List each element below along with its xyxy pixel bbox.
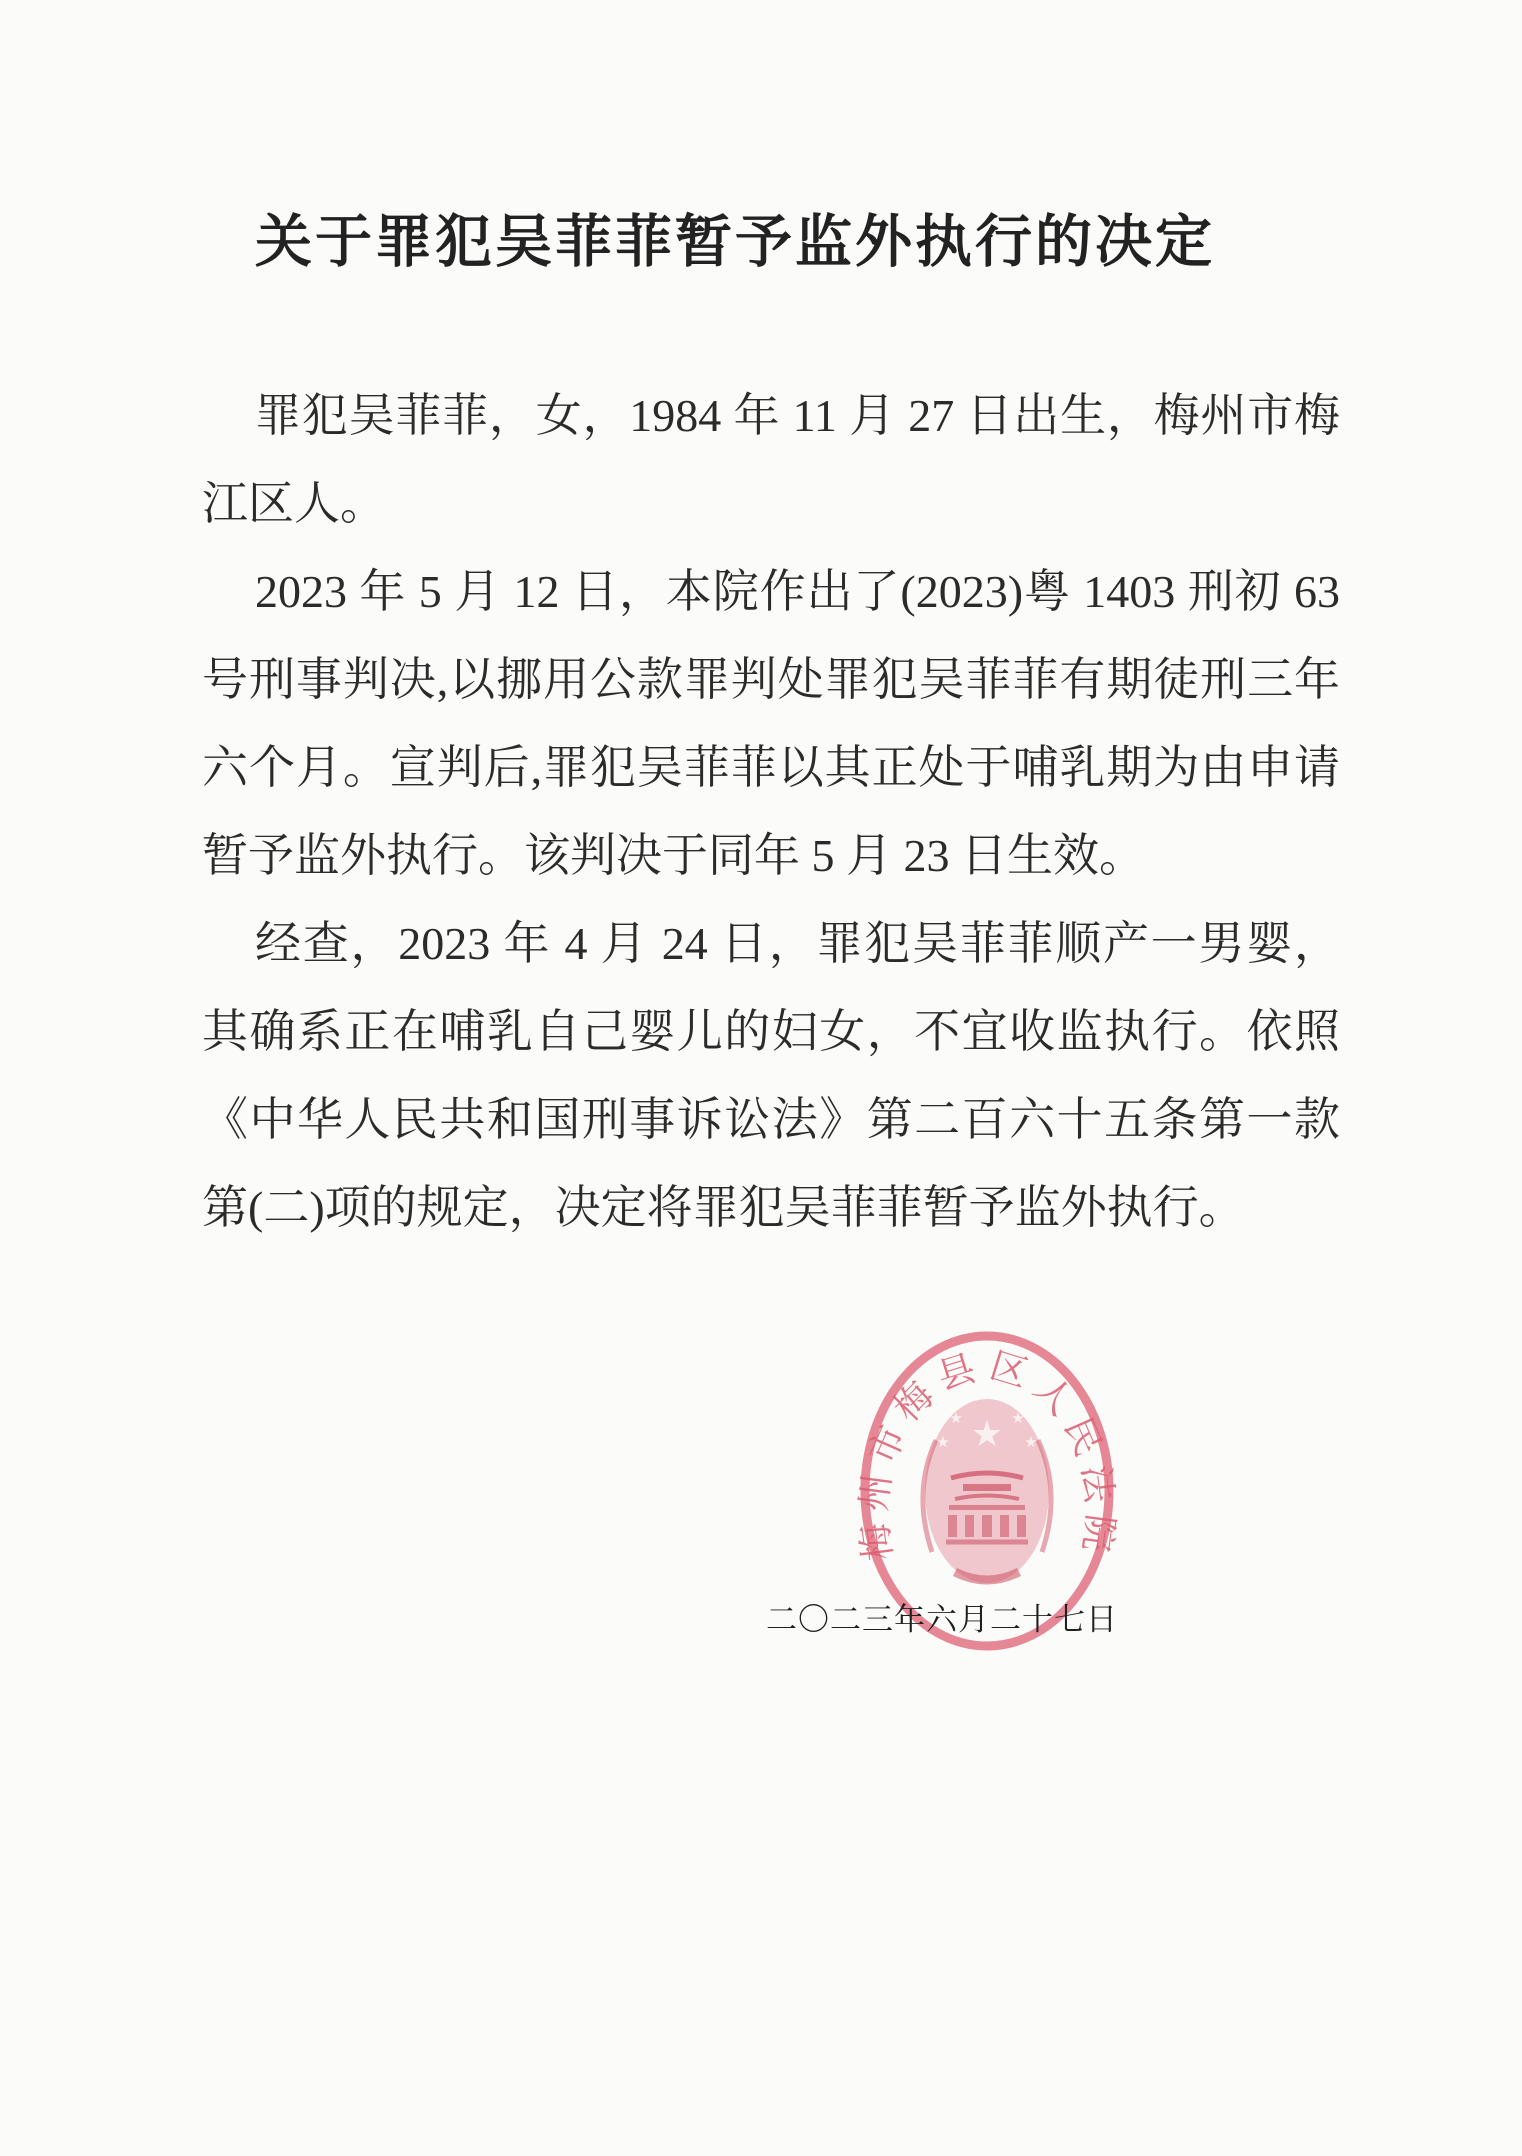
svg-text:★: ★	[1024, 1435, 1037, 1451]
paragraph-judgment: 2023 年 5 月 12 日，本院作出了(2023)粤 1403 刑初 63 …	[202, 548, 1340, 900]
paragraph-defendant-info: 罪犯吴菲菲，女，1984 年 11 月 27 日出生，梅州市梅江区人。	[202, 372, 1340, 548]
document-date: 二〇二三年六月二十七日	[766, 1594, 1118, 1639]
document-page: 关于罪犯吴菲菲暂予监外执行的决定 罪犯吴菲菲，女，1984 年 11 月 27 …	[0, 0, 1522, 2156]
svg-text:★: ★	[1011, 1411, 1024, 1427]
document-body: 罪犯吴菲菲，女，1984 年 11 月 27 日出生，梅州市梅江区人。 2023…	[202, 372, 1340, 1252]
svg-text:★: ★	[936, 1435, 949, 1451]
svg-text:★: ★	[971, 1414, 1003, 1454]
svg-text:★: ★	[949, 1411, 962, 1427]
paragraph-decision: 经查，2023 年 4 月 24 日，罪犯吴菲菲顺产一男婴，其确系正在哺乳自己婴…	[202, 900, 1340, 1252]
svg-text:梅州市梅县区人民法院: 梅州市梅县区人民法院	[856, 1346, 1118, 1563]
seal-court-name: 梅州市梅县区人民法院	[856, 1346, 1118, 1563]
national-emblem-icon: ★ ★ ★ ★ ★	[923, 1399, 1051, 1583]
document-title: 关于罪犯吴菲菲暂予监外执行的决定	[0, 196, 1496, 278]
